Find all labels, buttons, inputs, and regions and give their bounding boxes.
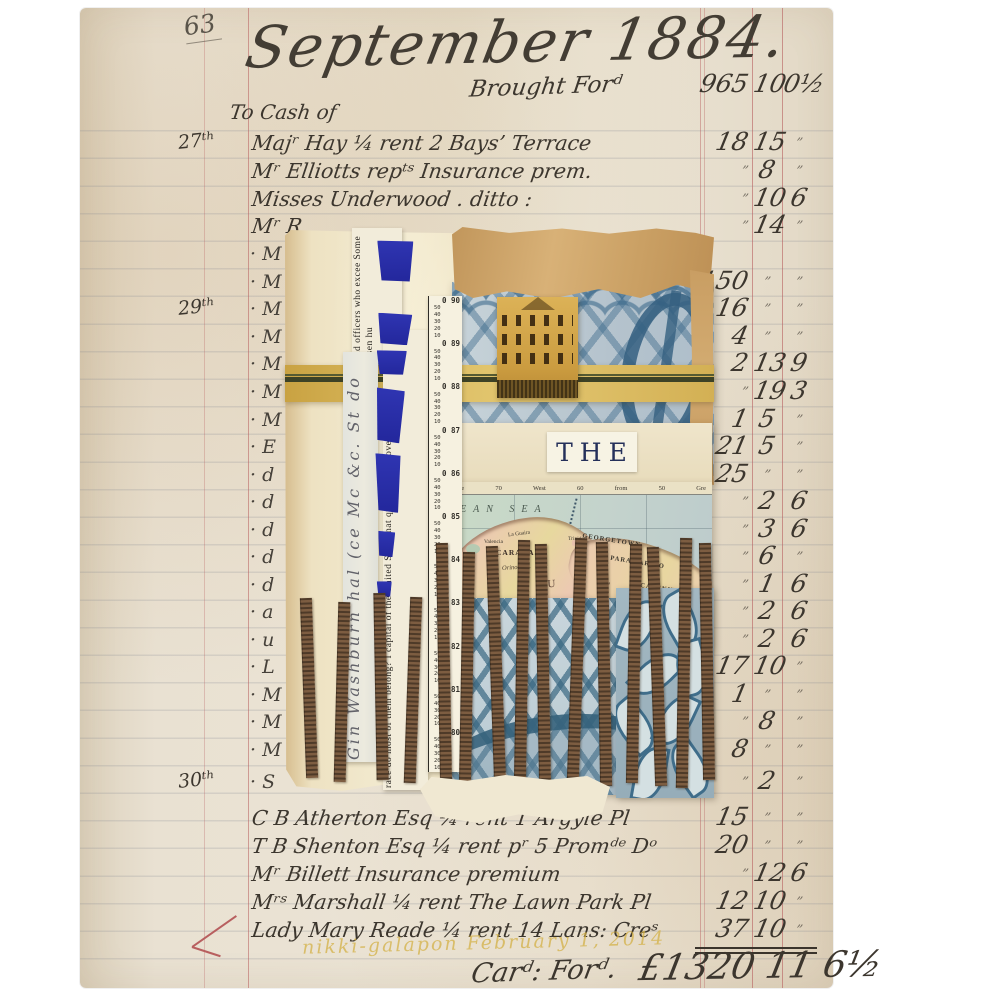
- entry-pounds: 20: [693, 830, 751, 859]
- ruler-minor-tick: 30: [431, 535, 460, 541]
- entry-shillings: ”: [752, 275, 781, 290]
- entry-shillings: 5: [751, 431, 783, 460]
- entry-pence: 3: [781, 376, 817, 405]
- ruler-minor-tick: 50: [431, 478, 460, 484]
- entry-fragment: · d: [250, 491, 274, 513]
- entry-date: 29ᵗʰ: [177, 294, 216, 320]
- ruler-minor-tick: 50: [431, 392, 460, 398]
- entry-pence: 6: [781, 858, 817, 887]
- entry-pence: ”: [782, 923, 815, 938]
- collage-script-strip: Gin Washburn hal (ce Mc &c. St do: [343, 352, 378, 762]
- entry-pence: ”: [782, 775, 815, 790]
- entry-shillings: ”: [752, 839, 781, 854]
- entry-fragment: · d: [250, 464, 274, 486]
- entry-pounds: ”: [694, 192, 749, 207]
- ruler-unit: 0 885040302010: [429, 382, 462, 425]
- ruler-minor-tick: 50: [431, 305, 460, 311]
- entry-shillings: 2: [751, 486, 783, 515]
- entry-fragment: · d: [250, 546, 274, 568]
- entry-shillings: 14: [751, 210, 783, 239]
- entry-shillings: 8: [751, 155, 783, 184]
- entry-fragment: · M: [250, 739, 282, 761]
- entry-shillings: 3: [751, 514, 783, 543]
- entry-pence: ”: [782, 330, 815, 345]
- building-window-row: [502, 353, 573, 364]
- entry-pounds: 15: [693, 802, 751, 831]
- ruler-unit-number: 0 86: [431, 469, 460, 478]
- ledger-row: 27ᵗʰMajʳ Hay ¼ rent 2 Bays’ Terrace1815”: [80, 130, 833, 158]
- entry-pence: ”: [782, 468, 815, 483]
- entry-pence: ”: [782, 219, 815, 234]
- brought-forward-pounds: 965: [693, 69, 751, 98]
- entry-shillings: ”: [752, 302, 781, 317]
- graticule-label: Gre: [696, 485, 706, 492]
- ruler-minor-tick: 10: [431, 333, 460, 339]
- ruler-minor-tick: 30: [431, 492, 460, 498]
- collage-the-band: THE: [452, 423, 712, 482]
- entry-shillings: 6: [751, 541, 783, 570]
- entry-pence: ”: [782, 715, 815, 730]
- entry-pounds: ”: [694, 164, 749, 179]
- building-base-crowd: [497, 380, 578, 398]
- entry-fragment: · M: [250, 353, 282, 375]
- entry-fragment: · M: [250, 243, 282, 265]
- ruler-minor-tick: 40: [431, 485, 460, 491]
- entry-shillings: 19: [751, 376, 783, 405]
- ruler-minor-tick: 40: [431, 399, 460, 405]
- entry-shillings: ”: [752, 811, 781, 826]
- ruler-unit: 0 905040302010: [429, 296, 462, 339]
- entry-shillings: 10: [751, 914, 783, 943]
- entry-shillings: 2: [751, 766, 783, 795]
- ultramarine-paper-shape: [378, 531, 395, 557]
- entry-shillings: 10: [751, 183, 783, 212]
- ruler-minor-tick: 40: [431, 312, 460, 318]
- ultramarine-paper-shape: [377, 350, 407, 376]
- entry-pence: ”: [782, 275, 815, 290]
- ruler-unit: 0 895040302010: [429, 339, 462, 382]
- ruler-minor-tick: 50: [431, 349, 460, 355]
- graticule-label: 50: [659, 485, 666, 492]
- entry-fragment: · E: [250, 436, 276, 458]
- ledger-row: Mʳˢ Marshall ¼ rent The Lawn Park Pl1210…: [80, 889, 833, 917]
- entry-shillings: 5: [751, 404, 783, 433]
- printed-strip-top-text: and officers who excee Some r sen hu: [352, 228, 378, 363]
- ruler-minor-tick: 50: [431, 521, 460, 527]
- ruler-minor-tick: 40: [431, 442, 460, 448]
- ruler-unit-number: 0 87: [431, 426, 460, 435]
- entry-fragment: · M: [250, 326, 282, 348]
- ruler-unit-number: 0 90: [431, 296, 460, 305]
- entry-pence: ”: [782, 660, 815, 675]
- entry-fragment: · d: [250, 574, 274, 596]
- ruler-minor-tick: 40: [431, 355, 460, 361]
- entry-pence: 6: [781, 624, 817, 653]
- map-label: Valencia: [484, 539, 503, 545]
- ruler-minor-tick: 20: [431, 455, 460, 461]
- entry-pence: ”: [782, 811, 815, 826]
- to-cash-of-label: To Cash of: [228, 100, 338, 124]
- brought-forward-pence: 0½: [781, 69, 817, 98]
- entry-pence: ”: [782, 895, 815, 910]
- entry-pence: 9: [781, 348, 817, 377]
- collage-artwork: THE de70West60from50Gre EAN SEALa Guaira…: [285, 225, 715, 803]
- ruler-unit-number: 0 88: [431, 382, 460, 391]
- ruler-minor-tick: 40: [431, 528, 460, 534]
- entry-pence: ”: [782, 743, 815, 758]
- page-number: 63: [182, 8, 222, 45]
- entry-pounds: ”: [694, 867, 749, 882]
- ruler-unit: 0 875040302010: [429, 426, 462, 469]
- entry-shillings: 2: [751, 596, 783, 625]
- brought-forward-shillings: 10: [751, 69, 783, 98]
- entry-shillings: 12: [751, 858, 783, 887]
- ruler-unit-number: 0 85: [431, 512, 460, 521]
- building-window-row: [502, 315, 573, 326]
- entry-description: Misses Underwood . ditto :: [250, 187, 533, 211]
- entry-shillings: 2: [751, 624, 783, 653]
- graticule-label: 70: [495, 485, 502, 492]
- entry-pence: 6: [781, 596, 817, 625]
- entry-fragment: · a: [250, 601, 273, 623]
- entry-fragment: · M: [250, 298, 282, 320]
- ruler-minor-tick: 10: [431, 419, 460, 425]
- ultramarine-paper-shape: [378, 313, 413, 346]
- entry-description: Mʳ Billett Insurance premium: [250, 862, 562, 886]
- ruler-minor-tick: 30: [431, 405, 460, 411]
- entry-pence: 6: [781, 183, 817, 212]
- entry-shillings: ”: [752, 468, 781, 483]
- graticule-label: 60: [577, 485, 584, 492]
- entry-pence: ”: [782, 688, 815, 703]
- graticule-label: from: [615, 485, 628, 492]
- entry-pence: 6: [781, 569, 817, 598]
- entry-fragment: · M: [250, 381, 282, 403]
- entry-shillings: 13: [751, 348, 783, 377]
- entry-date: 30ᵗʰ: [177, 767, 216, 793]
- ruler-minor-tick: 10: [431, 376, 460, 382]
- entry-description: Mʳˢ Marshall ¼ rent The Lawn Park Pl: [250, 890, 653, 914]
- ruler-minor-tick: 20: [431, 499, 460, 505]
- ruler-minor-tick: 20: [431, 369, 460, 375]
- the-label-chip: THE: [547, 432, 637, 472]
- ruler-minor-tick: 30: [431, 319, 460, 325]
- ledger-row: Mʳ Elliotts repᵗˢ Insurance prem.”8”: [80, 158, 833, 186]
- building-pediment: [521, 297, 555, 310]
- ruler-minor-tick: 10: [431, 462, 460, 468]
- entry-shillings: ”: [752, 330, 781, 345]
- entry-pence: ”: [782, 164, 815, 179]
- entry-shillings: 8: [751, 706, 783, 735]
- entry-shillings: ”: [752, 743, 781, 758]
- entry-description: Mʳ Elliotts repᵗˢ Insurance prem.: [250, 159, 593, 183]
- entry-pounds: 37: [693, 914, 751, 943]
- ruler-minor-tick: 50: [431, 435, 460, 441]
- carried-forward-amount: £1320 11 6½: [636, 944, 886, 989]
- map-graticule-labels: de70West60from50Gre: [452, 482, 712, 495]
- entry-pence: ”: [782, 440, 815, 455]
- brought-forward-row: 965 10 0½: [80, 72, 833, 100]
- building-window-row: [502, 334, 573, 345]
- ruler-minor-tick: 20: [431, 412, 460, 418]
- entry-fragment: · d: [250, 519, 274, 541]
- entry-date: 27ᵗʰ: [177, 128, 216, 154]
- entry-pence: ”: [782, 136, 815, 151]
- ledger-row: Mʳ Billett Insurance premium”126: [80, 861, 833, 889]
- ruler-minor-tick: 30: [431, 449, 460, 455]
- ultramarine-paper-shape: [375, 453, 401, 513]
- ruler-minor-tick: 30: [431, 362, 460, 368]
- entry-shillings: ”: [752, 688, 781, 703]
- ledger-row: Misses Underwood . ditto :”106: [80, 186, 833, 214]
- ruler-unit: 0 865040302010: [429, 469, 462, 512]
- ruler-unit-number: 0 89: [431, 339, 460, 348]
- entry-pence: ”: [782, 413, 815, 428]
- entry-pence: ”: [782, 302, 815, 317]
- entry-shillings: 10: [751, 651, 783, 680]
- entry-fragment: · L: [250, 656, 275, 678]
- entry-pence: ”: [782, 550, 815, 565]
- ruler-minor-tick: 20: [431, 326, 460, 332]
- entry-shillings: 15: [751, 127, 783, 156]
- entry-pence: 6: [781, 486, 817, 515]
- entry-shillings: 1: [751, 569, 783, 598]
- entry-fragment: · M: [250, 409, 282, 431]
- entry-fragment: · u: [250, 629, 274, 651]
- entry-pence: 6: [781, 514, 817, 543]
- entry-pounds: 12: [693, 886, 751, 915]
- collage-building-image: [497, 297, 578, 398]
- entry-description: T B Shenton Esq ¼ rent pʳ 5 Promᵈᵉ Dᵒ: [250, 834, 658, 858]
- map-label: EAN SEA: [460, 504, 548, 515]
- ultramarine-paper-shape: [377, 239, 414, 282]
- entry-shillings: 10: [751, 886, 783, 915]
- the-label: THE: [550, 438, 634, 467]
- carried-forward-label: Carᵈ: Forᵈ.: [469, 953, 619, 989]
- entry-fragment: · S: [250, 771, 275, 793]
- ruler-minor-tick: 10: [431, 505, 460, 511]
- entry-fragment: · M: [250, 271, 282, 293]
- entry-pounds: 18: [693, 127, 751, 156]
- entry-fragment: · M: [250, 684, 282, 706]
- entry-pence: ”: [782, 839, 815, 854]
- ledger-page-photo: 63 September 1884. Brought Forᵈ 965 10 0…: [80, 8, 833, 988]
- ledger-row: T B Shenton Esq ¼ rent pʳ 5 Promᵈᵉ Dᵒ20”…: [80, 833, 833, 861]
- graticule-label: West: [533, 485, 546, 492]
- entry-description: Majʳ Hay ¼ rent 2 Bays’ Terrace: [250, 131, 593, 155]
- entry-fragment: · M: [250, 711, 282, 733]
